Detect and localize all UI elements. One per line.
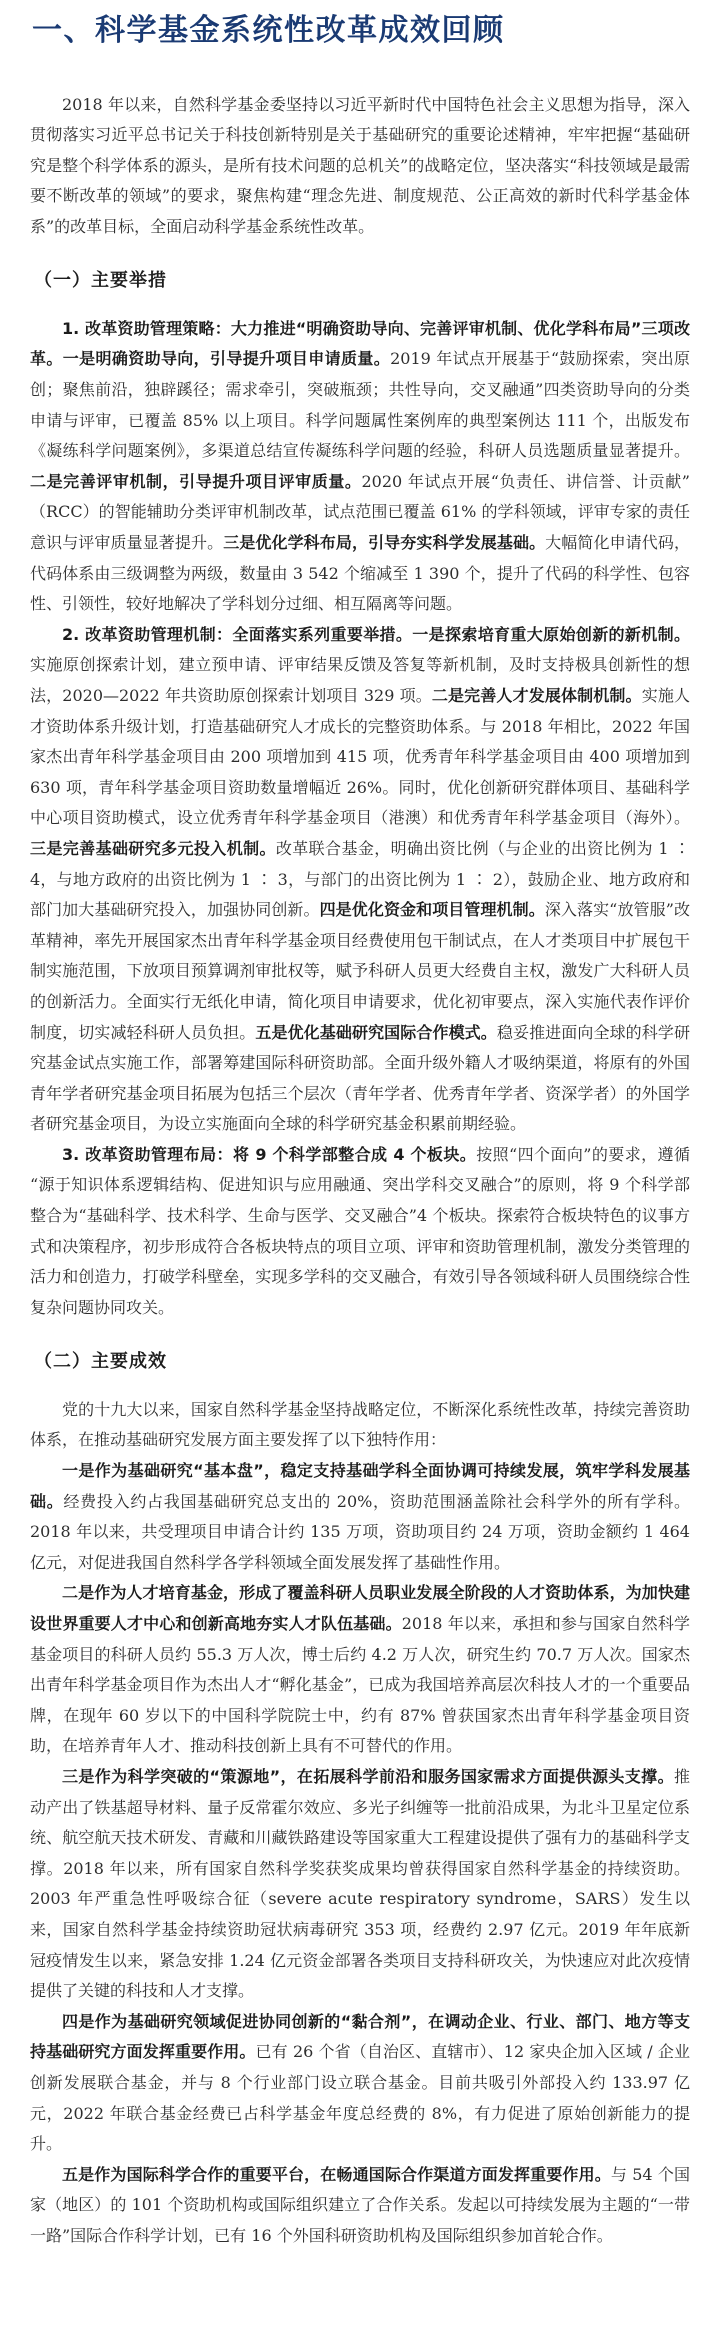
paragraph-text: 推动产出了铁基超导材料、量子反常霍尔效应、多光子纠缠等一批前沿成果，为北斗卫星定… [30, 1767, 690, 2000]
paragraph: 一是作为基础研究“基本盘”，稳定支持基础学科全面协调可持续发展，筑牢学科发展基础… [30, 1456, 690, 1578]
section-heading-measures: （一）主要举措 [34, 269, 690, 292]
paragraph-lead-text: 三是完善基础研究多元投入机制。 [30, 839, 276, 858]
paragraph-text: 实施人才资助体系升级计划，打造基础研究人才成长的完整资助体系。与 2018 年相… [30, 686, 690, 827]
paragraph-text: 按照“四个面向”的要求，遵循“源于知识体系逻辑结构、促进知识与应用融通、突出学科… [30, 1145, 690, 1317]
paragraph-text: 深入落实“放管服”改革精神，率先开展国家杰出青年科学基金项目经费使用包干制试点，… [30, 900, 690, 1041]
paragraph: 五是作为国际科学合作的重要平台，在畅通国际合作渠道方面发挥重要作用。与 54 个… [30, 2160, 690, 2252]
paragraph: 1. 改革资助管理策略：大力推进“明确资助导向、完善评审机制、优化学科布局”三项… [30, 314, 690, 620]
paragraph-lead-text: 五是优化基础研究国际合作模式。 [255, 1023, 496, 1042]
paragraph-lead-text: 3. 改革资助管理布局：将 9 个科学部整合成 4 个板块。 [62, 1145, 476, 1164]
paragraph-lead-text: 二是完善人才发展体制机制。 [432, 686, 642, 705]
paragraph-lead-text: 2. 改革资助管理机制：全面落实系列重要举措。一是探索培育重大原始创新的新机制。 [62, 625, 690, 644]
paragraph: 2. 改革资助管理机制：全面落实系列重要举措。一是探索培育重大原始创新的新机制。… [30, 620, 690, 1140]
paragraph-lead-text: 五是作为国际科学合作的重要平台，在畅通国际合作渠道方面发挥重要作用。 [62, 2165, 611, 2184]
paragraph-text: 2018 年以来，自然科学基金委坚持以习近平新时代中国特色社会主义思想为指导，深… [30, 95, 690, 236]
paragraph: 3. 改革资助管理布局：将 9 个科学部整合成 4 个板块。按照“四个面向”的要… [30, 1140, 690, 1324]
section-main-results: （二）主要成效 党的十九大以来，国家自然科学基金坚持战略定位，不断深化系统性改革… [30, 1350, 690, 2251]
paragraph-lead-text: 二是完善评审机制，引导提升项目评审质量。 [30, 472, 361, 491]
paragraph-text: 经费投入约占我国基础研究总支出的 20%，资助范围涵盖除社会科学外的所有学科。2… [30, 1492, 690, 1572]
section-body-measures: 1. 改革资助管理策略：大力推进“明确资助导向、完善评审机制、优化学科布局”三项… [30, 314, 690, 1324]
paragraph-text: 党的十九大以来，国家自然科学基金坚持战略定位，不断深化系统性改革，持续完善资助体… [30, 1400, 690, 1450]
paragraph-lead-text: 三是优化学科布局，引导夯实科学发展基础。 [223, 533, 545, 552]
document-title: 一、科学基金系统性改革成效回顾 [32, 12, 690, 50]
section-main-measures: （一）主要举措 1. 改革资助管理策略：大力推进“明确资助导向、完善评审机制、优… [30, 269, 690, 1323]
paragraph: 2018 年以来，自然科学基金委坚持以习近平新时代中国特色社会主义思想为指导，深… [30, 90, 690, 243]
paragraph: 二是作为人才培育基金，形成了覆盖科研人员职业发展全阶段的人才资助体系，为加快建设… [30, 1578, 690, 1762]
section-heading-results: （二）主要成效 [34, 1350, 690, 1373]
paragraph-lead-text: 三是作为科学突破的“策源地”，在拓展科学前沿和服务国家需求方面提供源头支撑。 [62, 1767, 674, 1786]
paragraph: 三是作为科学突破的“策源地”，在拓展科学前沿和服务国家需求方面提供源头支撑。推动… [30, 1762, 690, 2007]
paragraph-lead-text: 四是优化资金和项目管理机制。 [320, 900, 545, 919]
paragraph-text: 2018 年以来，承担和参与国家自然科学基金项目的科研人员约 55.3 万人次，… [30, 1614, 690, 1755]
document-page: 一、科学基金系统性改革成效回顾 2018 年以来，自然科学基金委坚持以习近平新时… [0, 0, 720, 2350]
section-body-results: 党的十九大以来，国家自然科学基金坚持战略定位，不断深化系统性改革，持续完善资助体… [30, 1395, 690, 2252]
intro-block: 2018 年以来，自然科学基金委坚持以习近平新时代中国特色社会主义思想为指导，深… [30, 90, 690, 243]
paragraph: 四是作为基础研究领域促进协同创新的“黏合剂”，在调动企业、行业、部门、地方等支持… [30, 2007, 690, 2160]
paragraph: 党的十九大以来，国家自然科学基金坚持战略定位，不断深化系统性改革，持续完善资助体… [30, 1395, 690, 1456]
